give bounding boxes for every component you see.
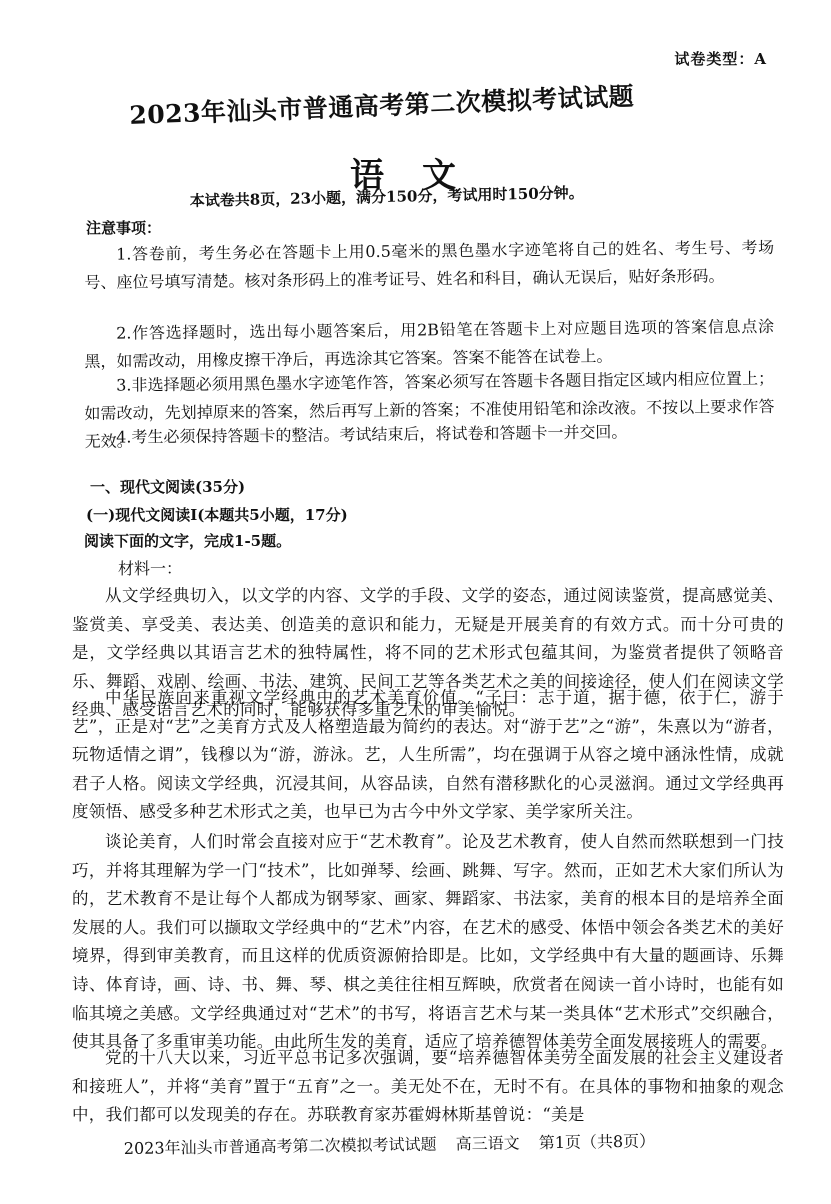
footer-exam-name: 2023年汕头市普通高考第二次模拟考试试题 (124, 1135, 437, 1158)
notes-heading: 注意事项： (86, 217, 161, 238)
material-label: 材料一： (118, 556, 182, 579)
footer-page-number: 第1页（共8页） (539, 1132, 656, 1153)
exam-meta: 本试卷共8页，23小题，满分150分，考试用时150分钟。 (190, 182, 584, 211)
page-footer: 2023年汕头市普通高考第二次模拟考试试题 高三语文 第1页（共8页） (124, 1128, 670, 1159)
section-subpart-heading: (一)现代文阅读Ⅰ(本题共5小题，17分) (86, 504, 348, 525)
footer-grade-subject: 高三语文 (456, 1133, 520, 1153)
exam-title: 2023年汕头市普通高考第二次模拟考试试题 (129, 73, 730, 132)
section-instruction: 阅读下面的文字，完成1-5题。 (84, 530, 291, 551)
paper-type-label: 试卷类型：A (674, 48, 767, 69)
exam-page: 试卷类型：A 2023年汕头市普通高考第二次模拟考试试题 语文 本试卷共8页，2… (0, 0, 831, 1204)
note-item-1: 1.答卷前，考生务必在答题卡上用0.5毫米的黑色墨水字迹笔将自己的姓名、考生号、… (84, 234, 775, 297)
paragraph-3: 谈论美育，人们时常会直接对应于“艺术教育”。论及艺术教育，使人自然而然联想到一门… (72, 828, 784, 1057)
section-part-heading: 一、现代文阅读(35分) (90, 476, 245, 497)
paragraph-2: 中华民族向来重视文学经典中的艺术美育价值。“子曰：志于道，据于德，依于仁，游于艺… (72, 684, 784, 827)
paragraph-4: 党的十八大以来，习近平总书记多次强调，要“培养德智体美劳全面发展的社会主义建设者… (72, 1044, 784, 1130)
